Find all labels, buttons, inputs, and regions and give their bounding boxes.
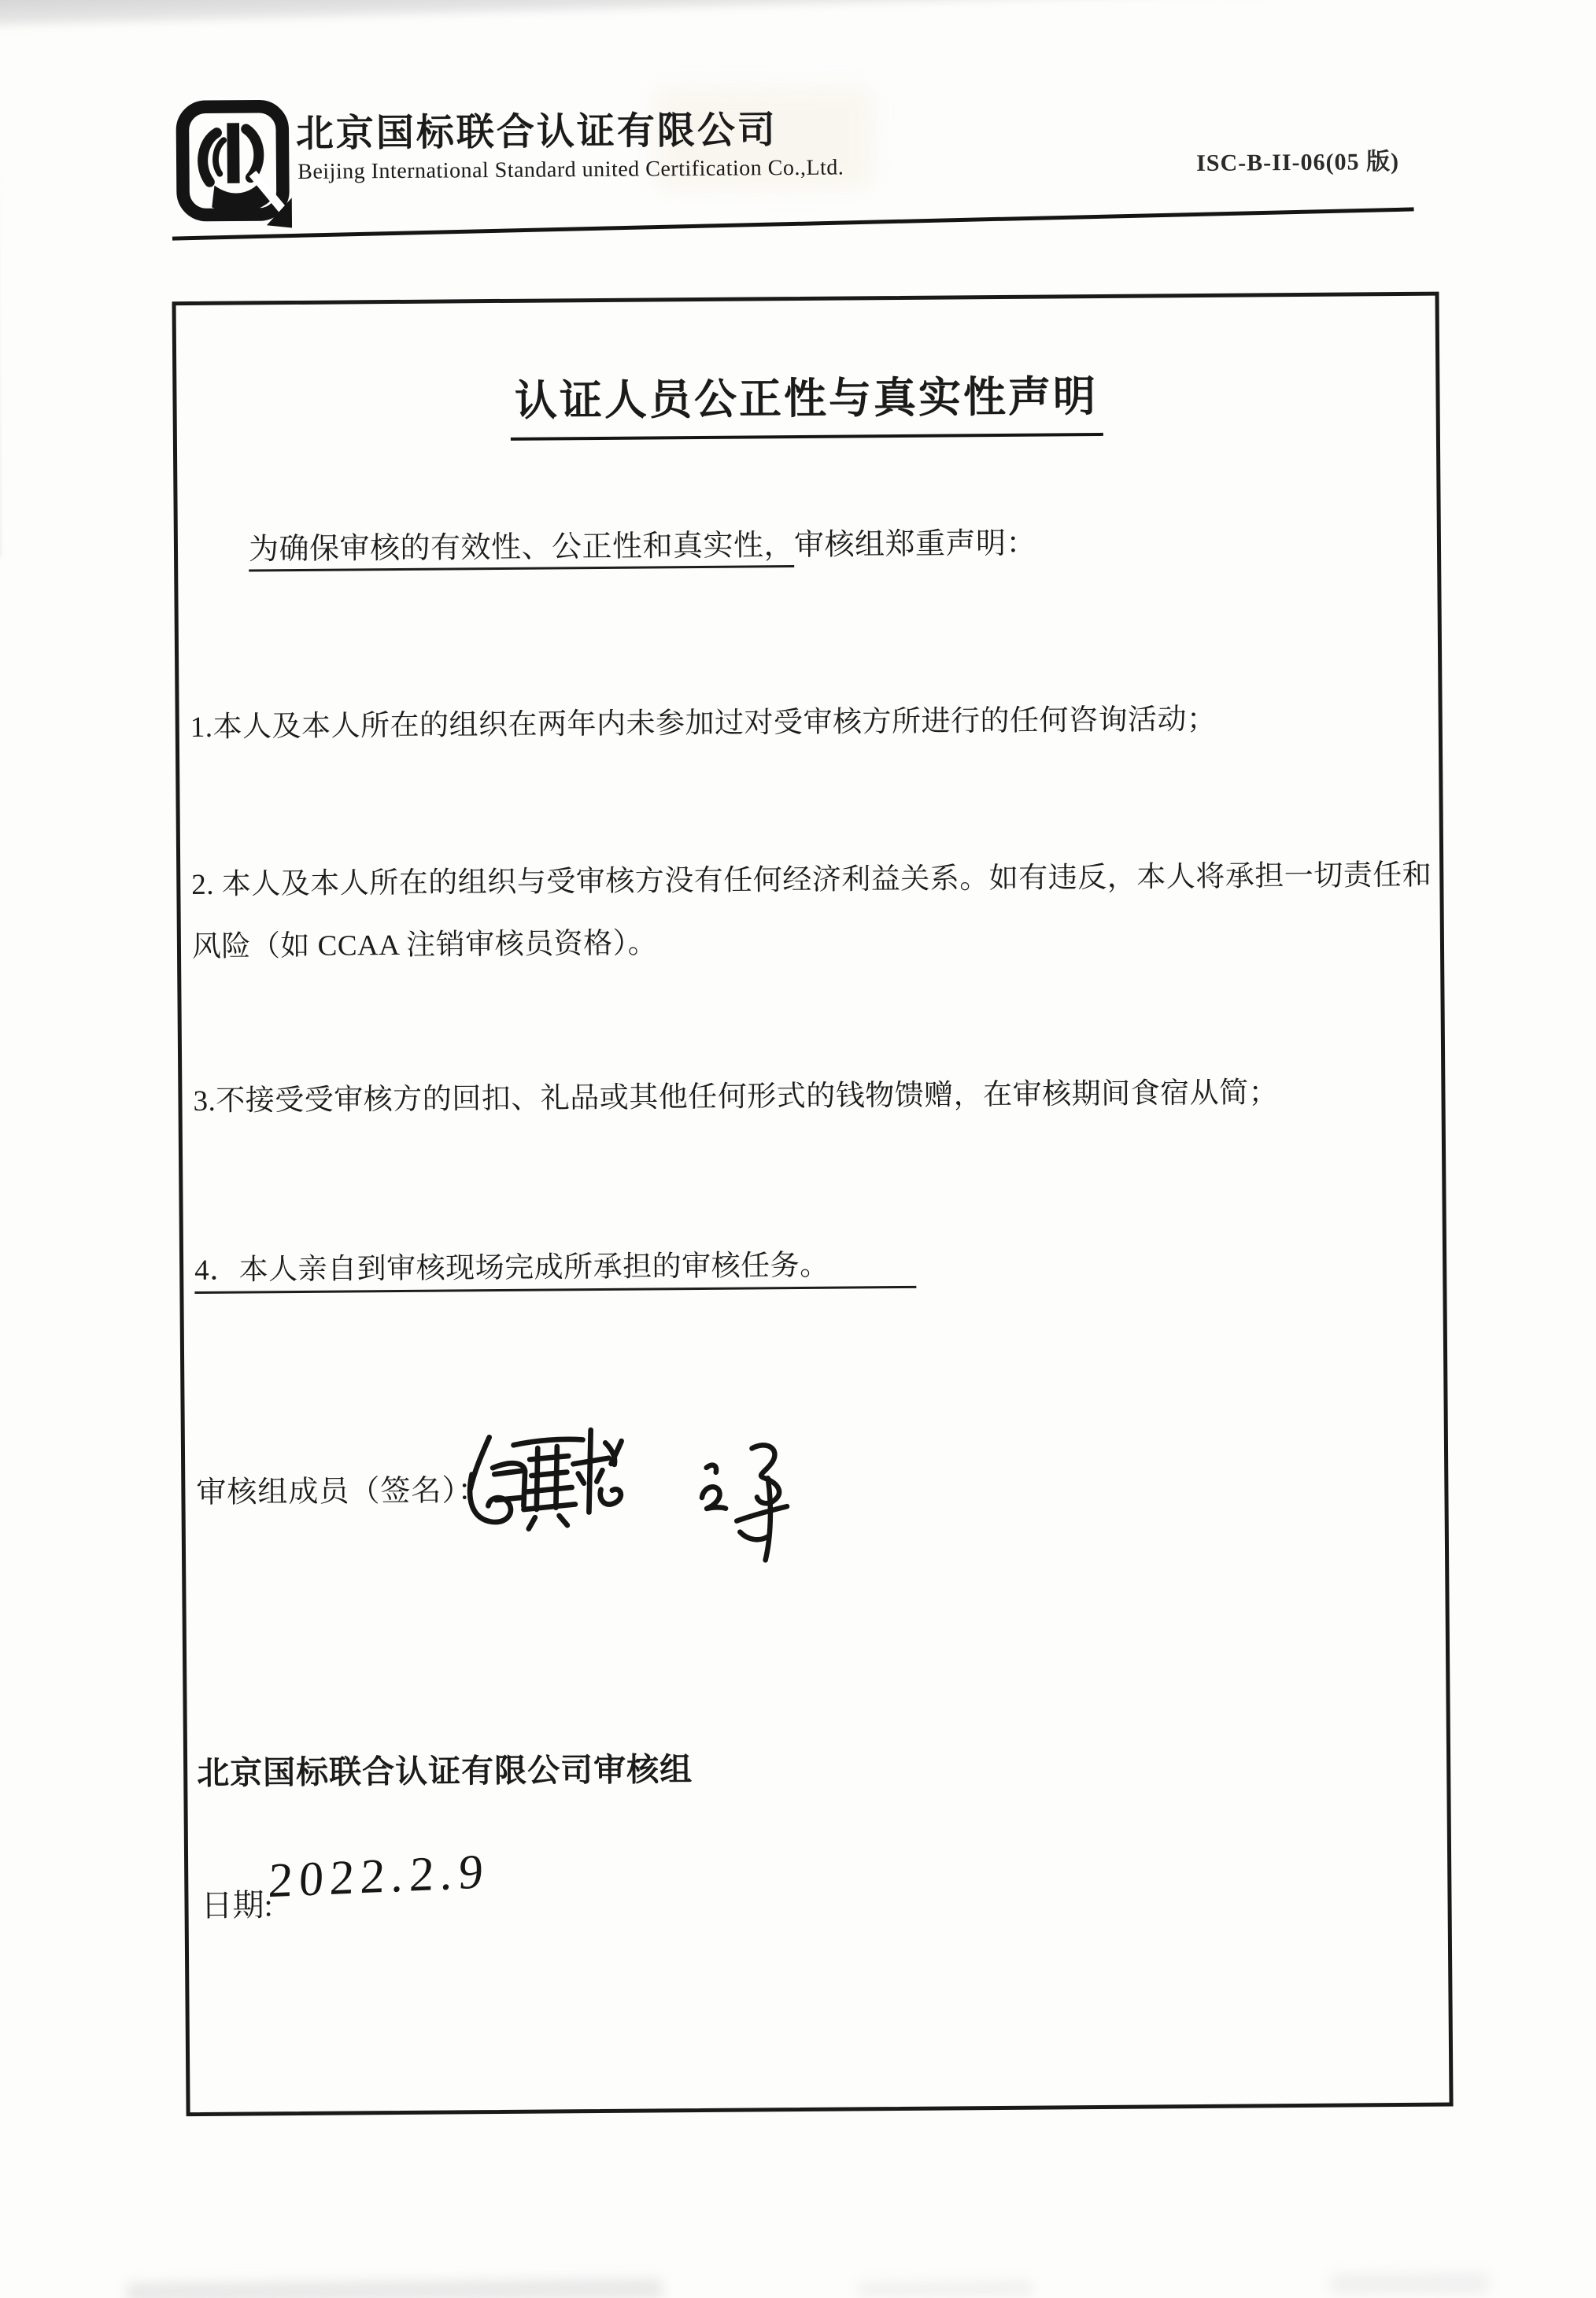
scan-edge-left bbox=[0, 101, 2, 557]
handwritten-signature-2 bbox=[690, 1435, 797, 1570]
declaration-border-box: 认证人员公正性与真实性声明 为确保审核的有效性、公正性和真实性，审核组郑重声明：… bbox=[172, 292, 1454, 2117]
scan-edge-top bbox=[0, 0, 1596, 31]
header-divider bbox=[172, 207, 1414, 240]
company-name-cn: 北京国标联合认证有限公司 bbox=[296, 99, 778, 157]
declaration-item-2: 2. 本人及本人所在的组织与受审核方没有任何经济利益关系。如有违反，本人将承担一… bbox=[191, 844, 1439, 978]
handwritten-signature-1 bbox=[460, 1420, 630, 1543]
form-number: ISC-B-II-06(05 版) bbox=[1196, 142, 1399, 178]
scan-edge-bottom bbox=[859, 2281, 1032, 2298]
company-name-en: Beijing International Standard united Ce… bbox=[297, 156, 844, 185]
date-label: 日期: bbox=[201, 1880, 273, 1926]
page-title-text: 认证人员公正性与真实性声明 bbox=[510, 363, 1103, 441]
scanned-document-page: 北京国标联合认证有限公司 Beijing International Stand… bbox=[0, 0, 1596, 2298]
intro-paragraph: 为确保审核的有效性、公正性和真实性，审核组郑重声明： bbox=[189, 510, 1436, 582]
declaration-item-4-text: 4．本人亲自到审核现场完成所承担的审核任务。 bbox=[194, 1249, 916, 1294]
certification-mark-logo-icon bbox=[172, 87, 294, 249]
intro-underlined-text: 为确保审核的有效性、公正性和真实性， bbox=[249, 529, 794, 571]
declaration-item-4: 4．本人亲自到审核现场完成所承担的审核任务。 bbox=[194, 1230, 1442, 1302]
page-title: 认证人员公正性与真实性声明 bbox=[176, 360, 1436, 444]
handwritten-date: 2022.2.9 bbox=[268, 1844, 491, 1909]
audit-group-line: 北京国标联合认证有限公司审核组 bbox=[197, 1743, 693, 1794]
declaration-item-1: 1.本人及本人所在的组织在两年内未参加过对受审核方所进行的任何咨询活动； bbox=[190, 687, 1437, 759]
signature-label: 审核组成员（签名）： bbox=[196, 1465, 488, 1511]
scan-edge-bottom bbox=[127, 2278, 662, 2298]
scan-edge-bottom bbox=[1331, 2274, 1488, 2294]
intro-rest-text: 审核组郑重声明： bbox=[794, 527, 1036, 562]
declaration-item-3: 3.不接受受审核方的回扣、礼品或其他任何形式的钱物馈赠，在审核期间食宿从简； bbox=[193, 1061, 1440, 1132]
